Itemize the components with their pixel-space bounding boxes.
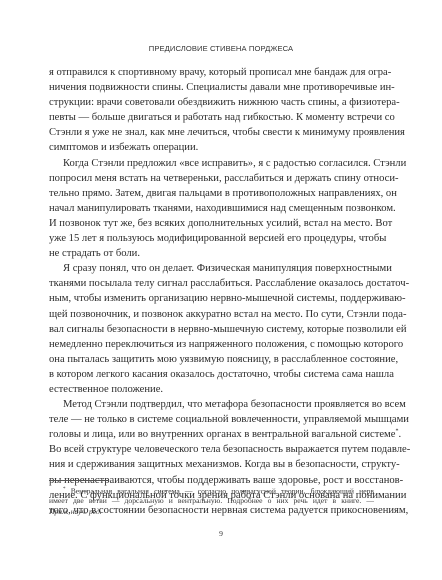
text-line: певты — больше двигаться и работать над …: [49, 110, 374, 125]
text-line: симптомов и избежать операции.: [49, 140, 374, 155]
running-head: ПРЕДИСЛОВИЕ СТИВЕНА ПОРДЖЕСА: [0, 44, 442, 53]
text-line: немедленно переключиться из напряженного…: [49, 337, 374, 352]
text-line: ния и сдерживания защитных механизмов. К…: [49, 457, 374, 472]
footnote: * Вентральная вагальная система — соглас…: [49, 484, 374, 518]
text-line: теле — не только в системе социальной во…: [49, 412, 374, 427]
text-line: не страдать от боли.: [49, 246, 374, 261]
text-line: щей позвоночник, и позвонок аккуратно вс…: [49, 307, 374, 322]
footnote-text: Вентральная вагальная система — согласно…: [71, 487, 374, 496]
text-line: тельно прямо. Затем, двигая пальцами в п…: [49, 186, 374, 201]
text-line: ным, чтобы изменить организацию нервно-м…: [49, 291, 374, 306]
text-line: И позвонок тут же, без всяких дополнител…: [49, 216, 374, 231]
footnote-mark: *: [63, 487, 66, 492]
text-line: ничения подвижности спины. Специалисты д…: [49, 80, 374, 95]
footnote-divider: [49, 480, 109, 481]
footnote-line: * Вентральная вагальная система — соглас…: [49, 484, 374, 495]
page-number: 9: [0, 529, 442, 538]
text-line: Я сразу понял, что он делает. Физическая…: [49, 261, 374, 276]
footnote-line: имеет две ветви — дорсальную и вентральн…: [49, 495, 374, 506]
text-line: попросил меня встать на четвереньки, рас…: [49, 171, 374, 186]
text-segment: головы и лица, или во внутренних органах…: [49, 429, 395, 440]
text-line: струкции: врачи советовали обездвижить н…: [49, 95, 374, 110]
text-line-with-footnote: головы и лица, или во внутренних органах…: [49, 427, 374, 442]
text-line: Когда Стэнли предложил «все исправить», …: [49, 156, 374, 171]
period: .: [398, 429, 401, 440]
text-line: уже 15 лет я пользуюсь модифицированной …: [49, 231, 374, 246]
text-line: тканями посылала телу сигнал расслабитьс…: [49, 276, 374, 291]
text-line: естественное положение.: [49, 382, 374, 397]
text-line: она пыталась защитить мою уязвимую поясн…: [49, 352, 374, 367]
text-line: Метод Стэнли подтвердил, что метафора бе…: [49, 397, 374, 412]
text-line: Стэнли я уже не знал, как мне лечиться, …: [49, 125, 374, 140]
text-line: я отправился к спортивному врачу, которы…: [49, 65, 374, 80]
text-line: в котором легкого касания оказалось дост…: [49, 367, 374, 382]
text-line: Во всей структуре человеческого тела без…: [49, 442, 374, 457]
body-text: я отправился к спортивному врачу, которы…: [49, 65, 374, 518]
footnote-attribution: Прим. науч. ред.: [49, 506, 374, 517]
text-line: начал манипулировать тканями, находившим…: [49, 201, 374, 216]
text-line: вал сигналы безопасности в нервно-мышечн…: [49, 322, 374, 337]
